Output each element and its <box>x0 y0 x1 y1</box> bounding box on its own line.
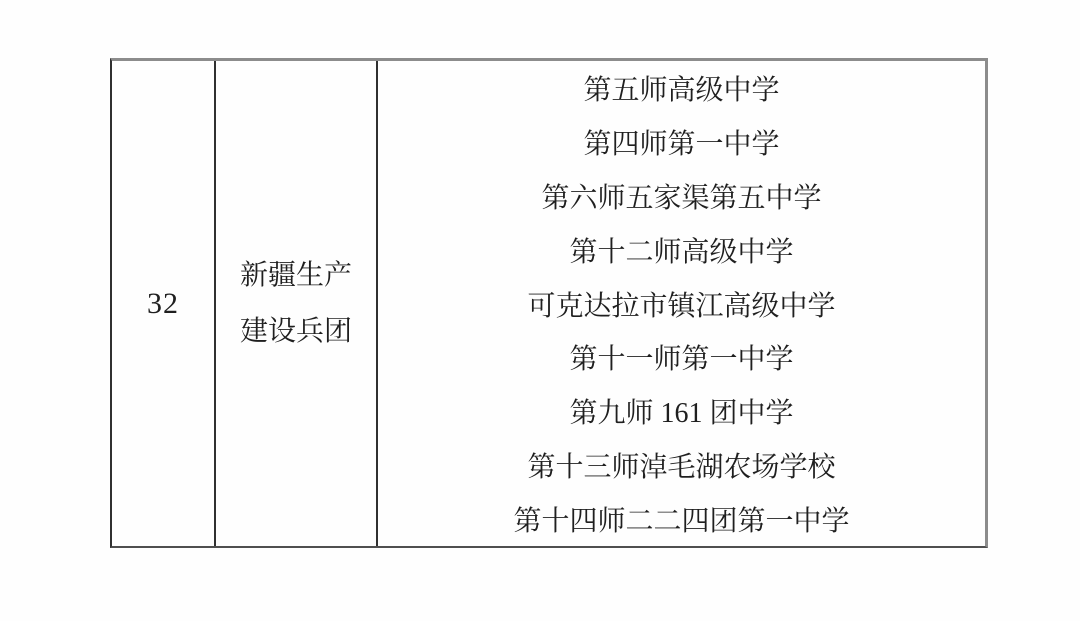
region-name-line-1: 新疆生产 <box>240 248 352 304</box>
cell-row-number: 32 <box>112 61 216 546</box>
school-list-table-row: 32 新疆生产 建设兵团 第五师高级中学 第四师第一中学 第六师五家渠第五中学 … <box>110 58 988 548</box>
school-name: 第十三师淖毛湖农场学校 <box>378 438 985 492</box>
school-name: 第十四师二二四团第一中学 <box>378 492 985 546</box>
school-name: 第十二师高级中学 <box>378 223 985 277</box>
school-name: 第四师第一中学 <box>378 115 985 169</box>
cell-region-name: 新疆生产 建设兵团 <box>216 61 378 546</box>
school-name: 可克达拉市镇江高级中学 <box>378 277 985 331</box>
school-name: 第五师高级中学 <box>378 61 985 115</box>
school-name: 第九师 161 团中学 <box>378 384 985 438</box>
school-name: 第六师五家渠第五中学 <box>378 169 985 223</box>
school-name: 第十一师第一中学 <box>378 330 985 384</box>
row-number: 32 <box>147 287 179 321</box>
region-name-line-2: 建设兵团 <box>240 304 352 360</box>
document-page: 32 新疆生产 建设兵团 第五师高级中学 第四师第一中学 第六师五家渠第五中学 … <box>0 0 1080 621</box>
cell-school-list: 第五师高级中学 第四师第一中学 第六师五家渠第五中学 第十二师高级中学 可克达拉… <box>378 61 985 546</box>
